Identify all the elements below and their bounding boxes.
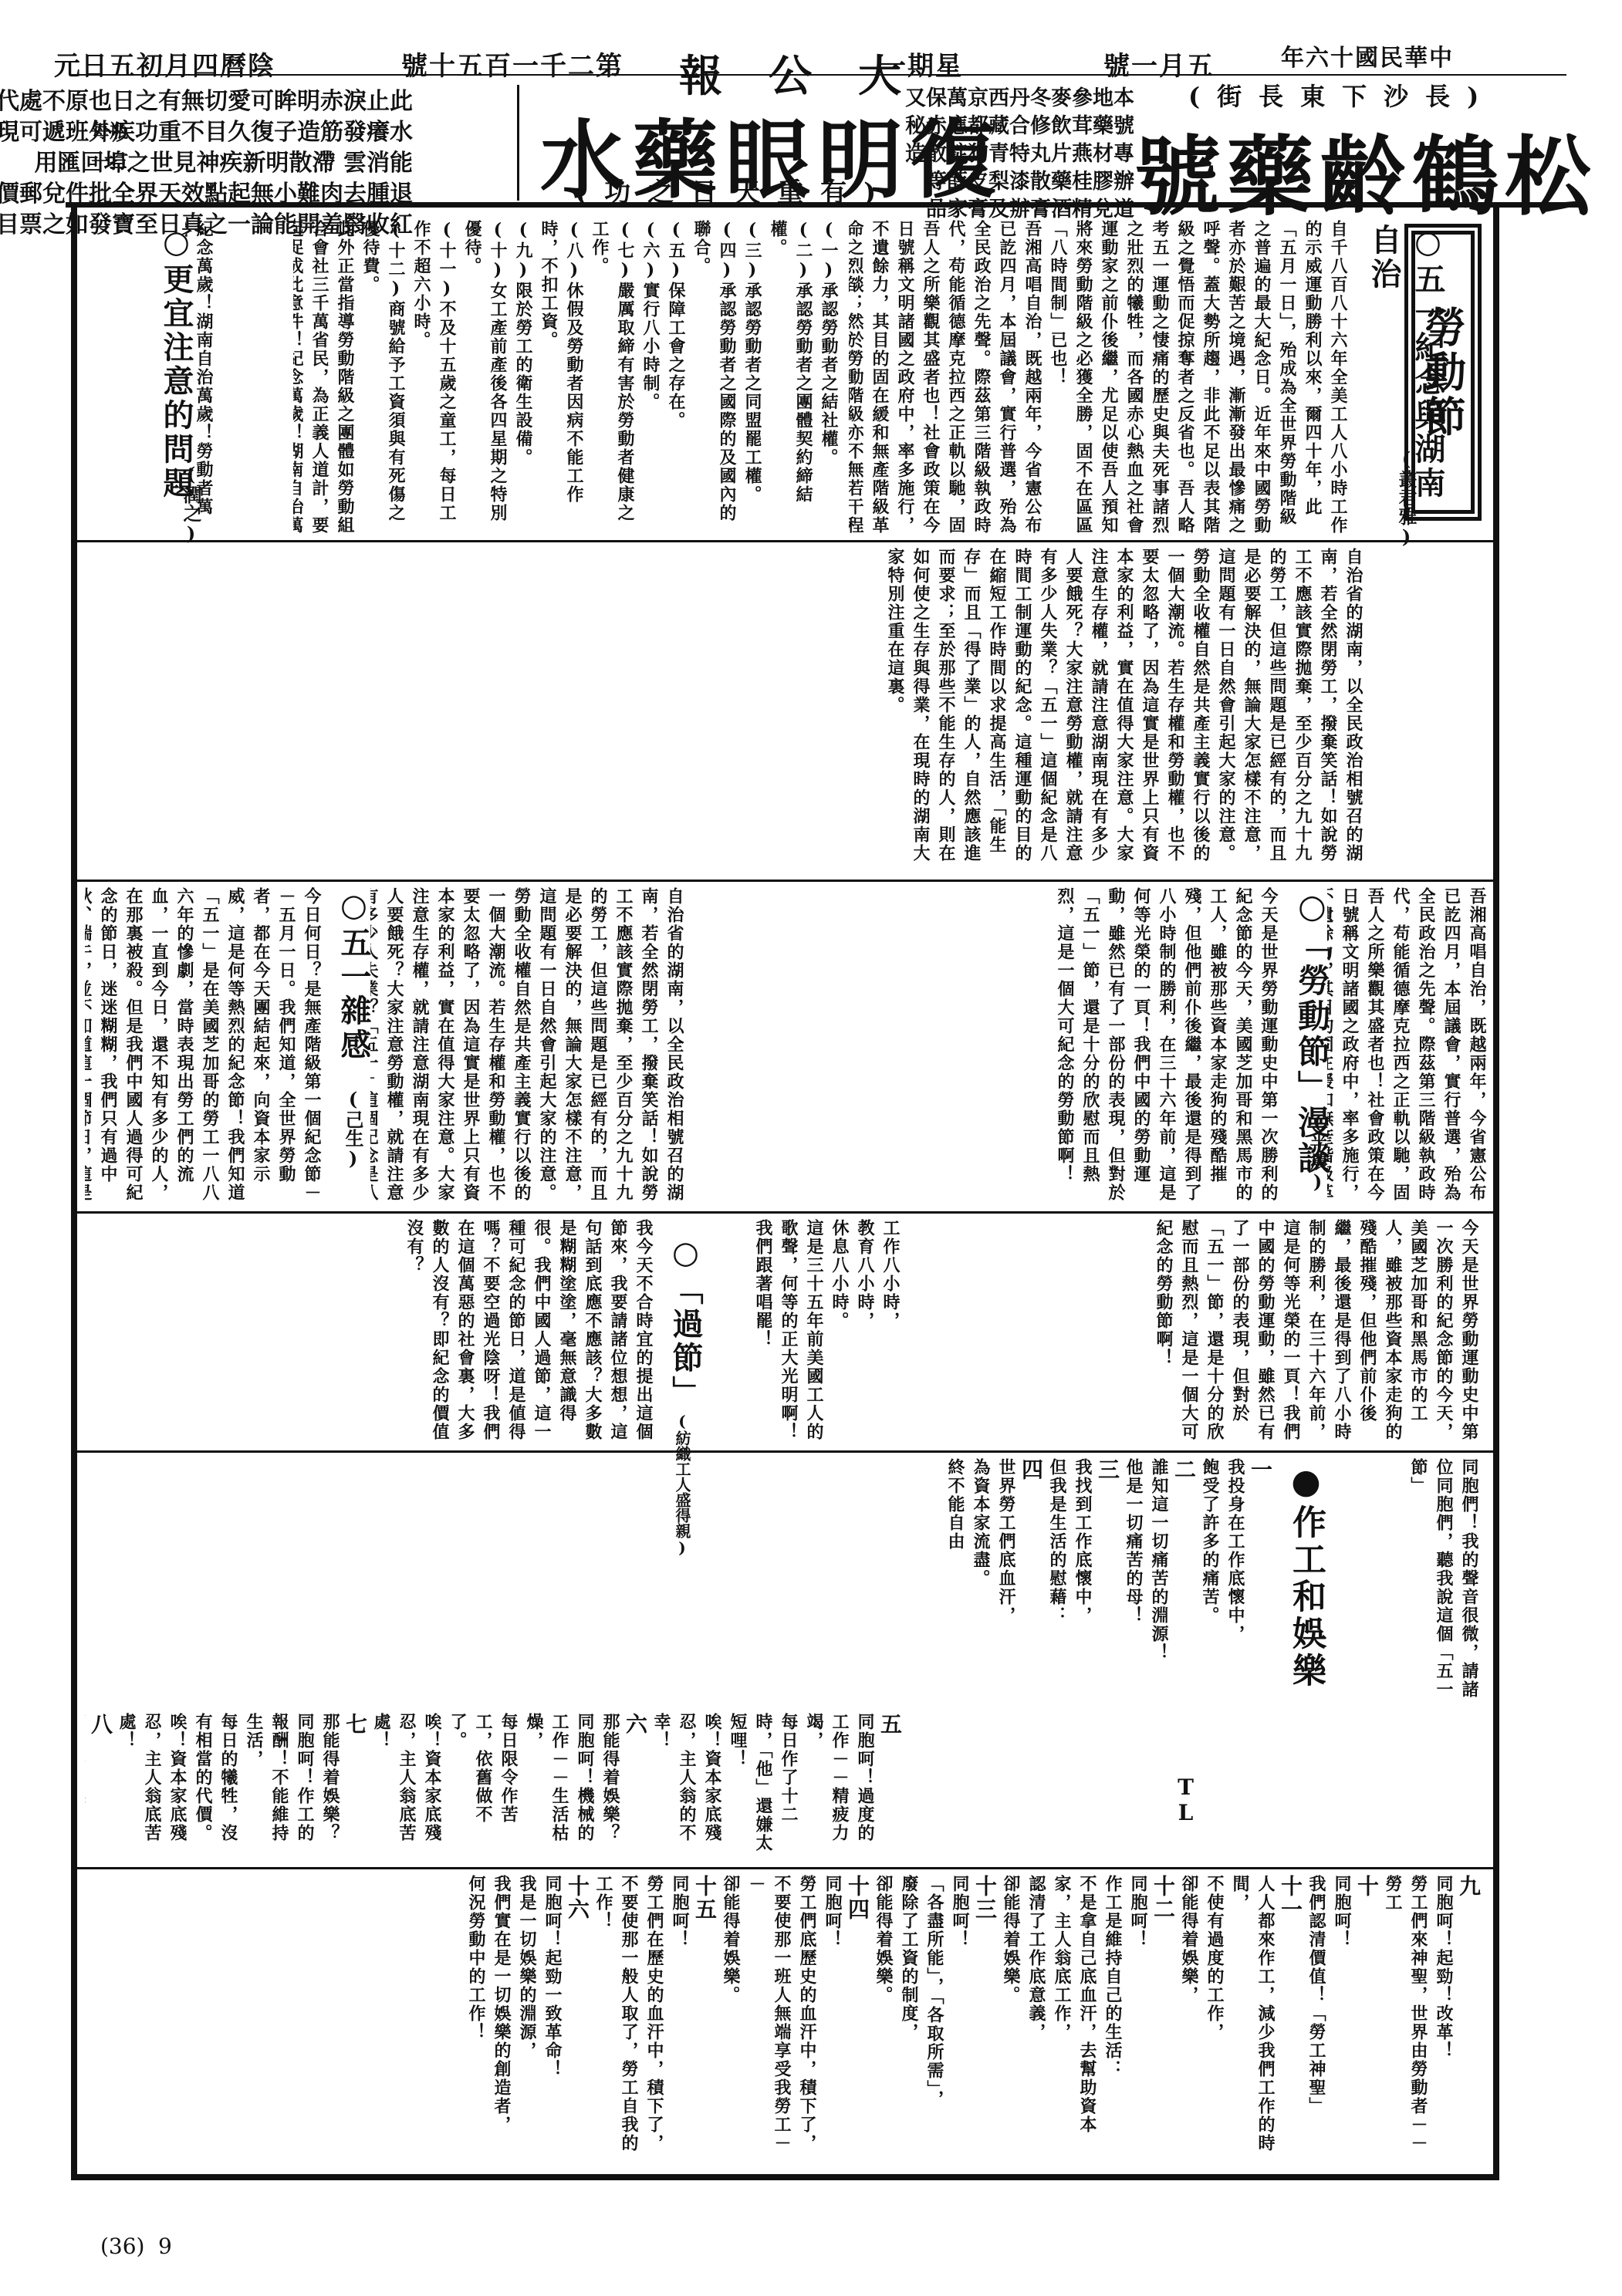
stanza-line: 我們實在是一切娛樂的創造者， <box>488 1875 514 2168</box>
stanza-line: 不使有過度的工作， <box>1201 1875 1227 2168</box>
page-number: 9 <box>158 2234 172 2259</box>
editorial-para: 自千八百八十六年全美工人八小時工作的示威運動勝利以來，爾四十年，此「五月一日」，… <box>1045 220 1350 536</box>
stanza-line: 唉！資本家底殘忍，主人翁底苦處！ <box>113 1713 190 1859</box>
caution-issue-body: 自治省的湖南，以全民政治相號召的湖南，若全然閉勞工，撥棄笑話！如說勞工不應該實際… <box>85 548 1366 872</box>
stanza-line: 唉！資本家底殘忍，主人翁的不幸！ <box>648 1713 725 1859</box>
song-line: 休息八小時。 <box>826 1219 852 1443</box>
stanza-line: 那能得着娛樂？ <box>317 1713 343 1859</box>
left-ad-line: 能消雲 滯散明新疾神見世之埠回匯用 <box>89 148 413 179</box>
left-ad-line: 此止淚赤明眸可愛切無有之日也原不處代 <box>89 86 413 117</box>
stanza-number: 十二 <box>1151 1875 1176 2168</box>
bottom-frame-border <box>71 2174 1499 2180</box>
stanza-line: 「各盡所能」，「各取所需」， <box>921 1875 947 2168</box>
caution-issue-title: ○更宜注意的問題 <box>154 224 198 501</box>
stanza-line: 誰知這一切痛苦的淵源！ <box>1146 1458 1171 1705</box>
editorial-continued: 吾湘高唱自治，既越兩年，今省憲公布已訖四月，本屆議會，實行普選，殆為全民政治之先… <box>1327 887 1489 1204</box>
stanza-line: 飽受了許多的痛苦。 <box>1197 1458 1222 1705</box>
stanza-line: 我找到工作底懷中， <box>1070 1458 1095 1705</box>
right-frame-border <box>1493 202 1499 2177</box>
may-first-thoughts-body: 今日何日？是無產階級第一個紀念節－－五月一日。我們知道，全世界勞動者，都在今天團… <box>85 887 324 1204</box>
demand-item: (十二)商號給予工資須與有死傷之優待費。 <box>357 220 408 536</box>
stanza-line: 卻能得着娛樂。 <box>998 1875 1023 2168</box>
may-first-thoughts-byline: (己生) <box>340 1088 367 1170</box>
editorial-para: 吾湘高唱自治，既越兩年，今省憲公布已訖四月，本屆議會，實行普選，殆為全民政治之先… <box>849 220 1045 536</box>
stanza-line: 同胞呵！機械的工作－－生活枯燥， <box>521 1713 597 1859</box>
stanza-number: 六 <box>623 1713 648 1859</box>
stanza-line: 作工是維持自己的生活： <box>1100 1875 1125 2168</box>
work-and-play-intro: 同胞們！我的聲音很微，請諸位同胞們，聽我說這個「五一節」 <box>1327 1458 1482 1705</box>
labor-demands-list: (一)承認勞動者之結社權。 (二)承認勞動者之團體契約締結權。 (三)承認勞動者… <box>293 220 841 536</box>
stanza-line: 我們認清價值！「勞工神聖」 <box>1303 1875 1329 2168</box>
page-reference: (36) <box>100 2234 144 2259</box>
stanza-line: 人人都來作工，減少我們工作的時間， <box>1227 1875 1278 2168</box>
stanza-number: 十五 <box>692 1875 718 2168</box>
stanza-line: 卻能得着娛樂。 <box>718 1875 743 2168</box>
stanza-number: 一 <box>1248 1458 1273 1705</box>
demands-closing: 此外正當指導勞動階級之團體如勞動組合會社三千萬省民，為正義人道計，要起促成此意件… <box>293 220 357 536</box>
demand-item: (一)承認勞動者之結社權。 <box>816 220 841 536</box>
section-rule-3 <box>77 1211 1493 1214</box>
product-line: 本地參麥冬丹西京萬保又 <box>880 85 1134 113</box>
poem-stanzas-middle: 五 同胞呵！過度的工作－－精疲力竭， 每日作了十二時，「他」還嫌太短哩！ 唉！資… <box>85 1713 903 1859</box>
section-rule-1 <box>77 540 1493 542</box>
stanza-line: 不要使那一般人取了，勞工自我的工作！ <box>590 1875 641 2168</box>
stanza-line: 我是一切娛樂的淵源， <box>514 1875 539 2168</box>
demand-item: (五)保障工會之存在。 <box>663 220 688 536</box>
passing-festival-title: ○「過節」 <box>664 1234 708 1410</box>
section-rule-4 <box>77 1450 1493 1453</box>
stanza-line: 不要使那一班人無端享受我勞工－－ <box>743 1875 794 2168</box>
editorial-body: 自千八百八十六年全美工人八小時工作的示威運動勝利以來，爾四十年，此「五月一日」，… <box>849 220 1350 536</box>
caution-issue-byline: (潤之) <box>177 463 204 545</box>
stanza-line: 為資本家流盡。 <box>968 1458 993 1705</box>
stanza-line: 同胞呵！ <box>1329 1875 1354 2168</box>
stanza-number: 十三 <box>972 1875 998 2168</box>
stanza-line: 同胞呵！起勁！改革！ <box>1431 1875 1456 2168</box>
stanza-number: 十四 <box>845 1875 870 2168</box>
demand-item: (十一)不及十五歲之童工，每日工作不超六小時。 <box>408 220 459 536</box>
stanza-number: 三 <box>1095 1458 1120 1705</box>
stanza-line: 同胞呵！起勁一致革命！ <box>539 1875 565 2168</box>
songhe-pharmacy-brand: 松鶴齡藥號 <box>1134 108 1597 232</box>
demand-item: (二)承認勞動者之團體契約締結權。 <box>765 220 816 536</box>
left-frame-border <box>71 202 77 2177</box>
stanza-line: 廢除了工資的制度， <box>896 1875 921 2168</box>
issue-number: 第二千一百五十號 <box>401 45 623 83</box>
stanza-line: 那能得着娛樂？ <box>597 1713 623 1859</box>
stanza-number: 四 <box>1019 1458 1044 1705</box>
left-ad: 此止淚赤明眸可愛切無有之日也原不處代 水癢發筋造子復久目不重功疾外班遞可現 能消… <box>89 86 413 241</box>
lunar-date: 陰曆四月初五日 <box>81 45 275 83</box>
stanza-line: 每日的犧牲，沒有相當的代價。 <box>190 1713 241 1859</box>
stanza-line: 同胞呵！過度的工作－－精疲力竭， <box>801 1713 877 1859</box>
labor-day-chat-body: 今天是世界勞動運動史中第一次勝利的紀念節的今天，美國芝加哥和黑馬市的工人，雖被那… <box>694 887 1281 1204</box>
poem-stanzas-upper: 一 我投身在工作底懷中， 飽受了許多的痛苦。 二 誰知這一切痛苦的淵源！ 他是一… <box>85 1458 1273 1705</box>
stanza-number: 十一 <box>1278 1875 1303 2168</box>
demand-item: (八)休假及勞動者因病不能工作時，不扣工資。 <box>536 220 586 536</box>
masthead-rule <box>69 74 1566 76</box>
section-rule-5 <box>77 1867 1493 1869</box>
stanza-line: 每日限令作苦工，依舊做不了。 <box>444 1713 521 1859</box>
ad-divider <box>517 85 519 201</box>
stanza-line: 同胞呵！ <box>819 1875 845 2168</box>
stanza-line: 勞工們底歷史的血汗中，積下了， <box>794 1875 819 2168</box>
song-line: 這是三十五年前美國工人的歌聲，何等的正大光明啊！我們跟著唱罷！ <box>750 1219 826 1443</box>
republic-year: 中華民國十六年 <box>1281 39 1454 73</box>
stanza-line: 他是一切痛苦的母！ <box>1120 1458 1146 1705</box>
stanza-line: 每日作了十二時，「他」還嫌太短哩！ <box>725 1713 801 1859</box>
song-line: 工作八小時， <box>877 1219 903 1443</box>
demand-item: (六)實行八小時制。 <box>637 220 663 536</box>
demand-item: (十)女工產前產後各四星期之特別優待。 <box>459 220 510 536</box>
stanza-line: 世界勞工們底血汗， <box>993 1458 1019 1705</box>
stanza-number: 十 <box>1354 1875 1380 2168</box>
work-and-play-title: ●作工和娛樂 <box>1281 1462 1330 1690</box>
stanza-line: 那能得着娛樂？ <box>85 1713 88 1859</box>
work-and-play-byline: TL <box>1173 1774 1198 1825</box>
demand-item: (七)嚴厲取締有害於勞動者健康之工作。 <box>586 220 637 536</box>
stanza-line: 勞工們在歷史的血汗中，積下了， <box>641 1875 667 2168</box>
stanza-line: 認清了工作底意義， <box>1023 1875 1049 2168</box>
left-ad-price: 每瓶 一打 <box>91 116 128 177</box>
stanza-number: 十六 <box>565 1875 590 2168</box>
masthead-edge-char: 元 <box>54 45 82 83</box>
stanza-line: 卻能得着娛樂。 <box>870 1875 896 2168</box>
may-first-thoughts-title: ○五一雜感 <box>332 887 376 1062</box>
stanza-number: 八 <box>88 1713 113 1859</box>
product-line: 專材燕片丸特青狗錠散造 <box>880 140 1134 168</box>
stanza-line: 不是拿自己底血汗，去幫助資本家，主人翁底工作， <box>1049 1875 1100 2168</box>
stanza-line: 同胞呵！ <box>667 1875 692 2168</box>
demand-item: (四)承認勞動者之國際的及國內的聯合。 <box>688 220 739 536</box>
ads-bottom-rule <box>66 202 1582 208</box>
poem-stanzas-lower: 九 同胞呵！起勁！改革！ 勞工們來神聖，世界由勞動者－－勞工 十 同胞呵！ 我們… <box>85 1875 1482 2168</box>
stanza-line: 卻能得着娛樂， <box>1176 1875 1201 2168</box>
stanza-number: 七 <box>343 1713 368 1859</box>
stanza-line: 但我是生活的慰藉： <box>1044 1458 1070 1705</box>
section-rule-2 <box>77 880 1493 882</box>
stanza-line: 唉！資本家底殘忍，主人翁底苦處！ <box>368 1713 444 1859</box>
stanza-number: 五 <box>877 1713 903 1859</box>
product-line: 號藥茸飲修合藏都應赤秘 <box>880 113 1134 140</box>
stanza-line: 同胞呵！ <box>1125 1875 1151 2168</box>
caution-issue-continued: 自治省的湖南，以全民政治相號召的湖南，若全然閉勞工，撥棄笑話！如說勞工不應該實際… <box>370 887 687 1204</box>
stanza-line: 何況勞動中的工作！ <box>463 1875 488 2168</box>
editorial-byline: (叢君雅) <box>1393 447 1420 548</box>
passing-festival-body: 我今天不合時宜的提出這個節來，我要請諸位想想，這句話到底應不應該？大多數是糊糊塗… <box>85 1219 656 1443</box>
demand-item: (九)限於勞工的衛生設備。 <box>510 220 536 536</box>
labor-day-chat-continued: 今天是世界勞動運動史中第一次勝利的紀念節的今天，美國芝加哥和黑馬市的工人，雖被那… <box>911 1219 1482 1443</box>
stanza-line: 終不能自由 <box>942 1458 968 1705</box>
stanza-line: 同胞呵！作工的報酬！不能維持生活， <box>241 1713 317 1859</box>
workers-song: 工作八小時， 教育八小時， 休息八小時。 這是三十五年前美國工人的歌聲，何等的正… <box>733 1219 903 1443</box>
demand-item: (三)承認勞動者之同盟罷工權。 <box>739 220 765 536</box>
left-ad-line: 水癢發筋造子復久目不重功疾外班遞可現 <box>89 117 413 148</box>
stanza-line: 勞工們來神聖，世界由勞動者－－勞工 <box>1380 1875 1431 2168</box>
price-unit: 每瓶 <box>91 116 128 147</box>
stanza-number: 九 <box>1456 1875 1482 2168</box>
weekday: 星期一 <box>880 45 963 83</box>
stanza-line: 我投身在工作底懷中， <box>1222 1458 1248 1705</box>
stanza-line: 同胞呵！ <box>947 1875 972 2168</box>
song-line: 教育八小時， <box>852 1219 877 1443</box>
product-line: 辦膠桂藥散漆梨皮薛等 <box>880 168 1134 196</box>
stanza-number: 二 <box>1171 1458 1197 1705</box>
price-qty: 一打 <box>91 147 128 177</box>
